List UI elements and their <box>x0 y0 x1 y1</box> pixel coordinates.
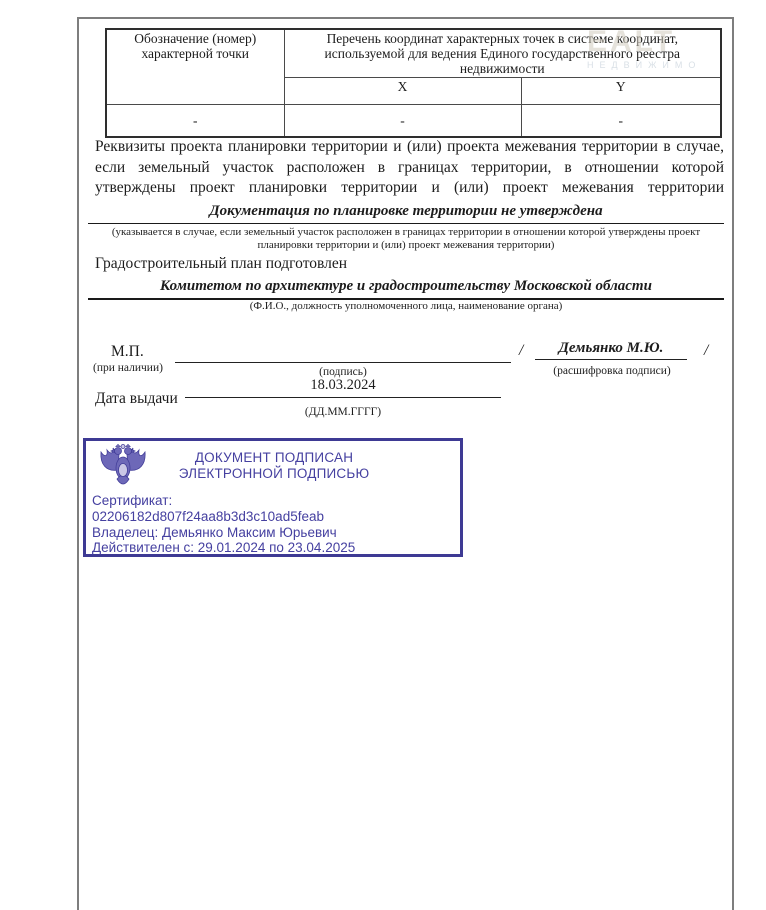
organization-name: Комитетом по архитектуре и градостроител… <box>88 278 724 300</box>
point-cell: - <box>106 105 284 138</box>
signature-line <box>175 343 511 363</box>
planning-documentation-note: (указывается в случае, если земельный уч… <box>88 226 724 251</box>
stamp-title-line2: ЭЛЕКТРОННОЙ ПОДПИСЬЮ <box>158 466 390 482</box>
signer-name: Демьянко М.Ю. <box>535 340 687 360</box>
certificate-label: Сертификат: <box>92 493 456 509</box>
y-cell: - <box>521 105 721 138</box>
certificate-validity: Действителен с: 29.01.2024 по 23.04.2025 <box>92 540 456 556</box>
stamp-body: Сертификат: 02206182d807f24aa8b3d3c10ad5… <box>86 488 460 556</box>
x-cell: - <box>284 105 521 138</box>
certificate-owner: Владелец: Демьянко Максим Юрьевич <box>92 525 456 541</box>
stamp-title-line1: ДОКУМЕНТ ПОДПИСАН <box>158 450 390 466</box>
issue-date-label: Дата выдачи <box>95 390 178 408</box>
slash-right: / <box>704 342 708 360</box>
mp-note: (при наличии) <box>93 362 163 374</box>
signer-name-note: (расшифровка подписи) <box>527 365 697 377</box>
mp-label: М.П. <box>111 343 144 361</box>
coordinates-table: Обозначение (номер) характерной точки Пе… <box>105 28 722 138</box>
requisites-paragraph: Реквизиты проекта планировки территории … <box>95 137 724 199</box>
y-column-header: Y <box>521 78 721 105</box>
signature-stamp: ДОКУМЕНТ ПОДПИСАН ЭЛЕКТРОННОЙ ПОДПИСЬЮ С… <box>83 438 463 557</box>
coords-system-header: Перечень координат характерных точек в с… <box>284 29 721 78</box>
table-header-row: Обозначение (номер) характерной точки Пе… <box>106 29 721 78</box>
stamp-title: ДОКУМЕНТ ПОДПИСАН ЭЛЕКТРОННОЙ ПОДПИСЬЮ <box>158 450 390 482</box>
slash-left: / <box>519 342 523 360</box>
table-row: - - - <box>106 105 721 138</box>
certificate-value: 02206182d807f24aa8b3d3c10ad5feab <box>92 509 456 525</box>
issue-date-format-note: (ДД.ММ.ГГГГ) <box>185 406 501 418</box>
russian-coat-of-arms-icon <box>98 444 148 488</box>
stamp-header: ДОКУМЕНТ ПОДПИСАН ЭЛЕКТРОННОЙ ПОДПИСЬЮ <box>86 441 460 488</box>
document-page: Обозначение (номер) характерной точки Пе… <box>77 17 734 910</box>
x-column-header: X <box>284 78 521 105</box>
issue-date-value: 18.03.2024 <box>185 377 501 398</box>
point-number-header: Обозначение (номер) характерной точки <box>106 29 284 105</box>
planning-documentation-status: Документация по планировке территории не… <box>88 203 724 224</box>
prepared-label: Градостроительный план подготовлен <box>95 255 347 273</box>
organization-note: (Ф.И.О., должность уполномоченного лица,… <box>88 300 724 313</box>
